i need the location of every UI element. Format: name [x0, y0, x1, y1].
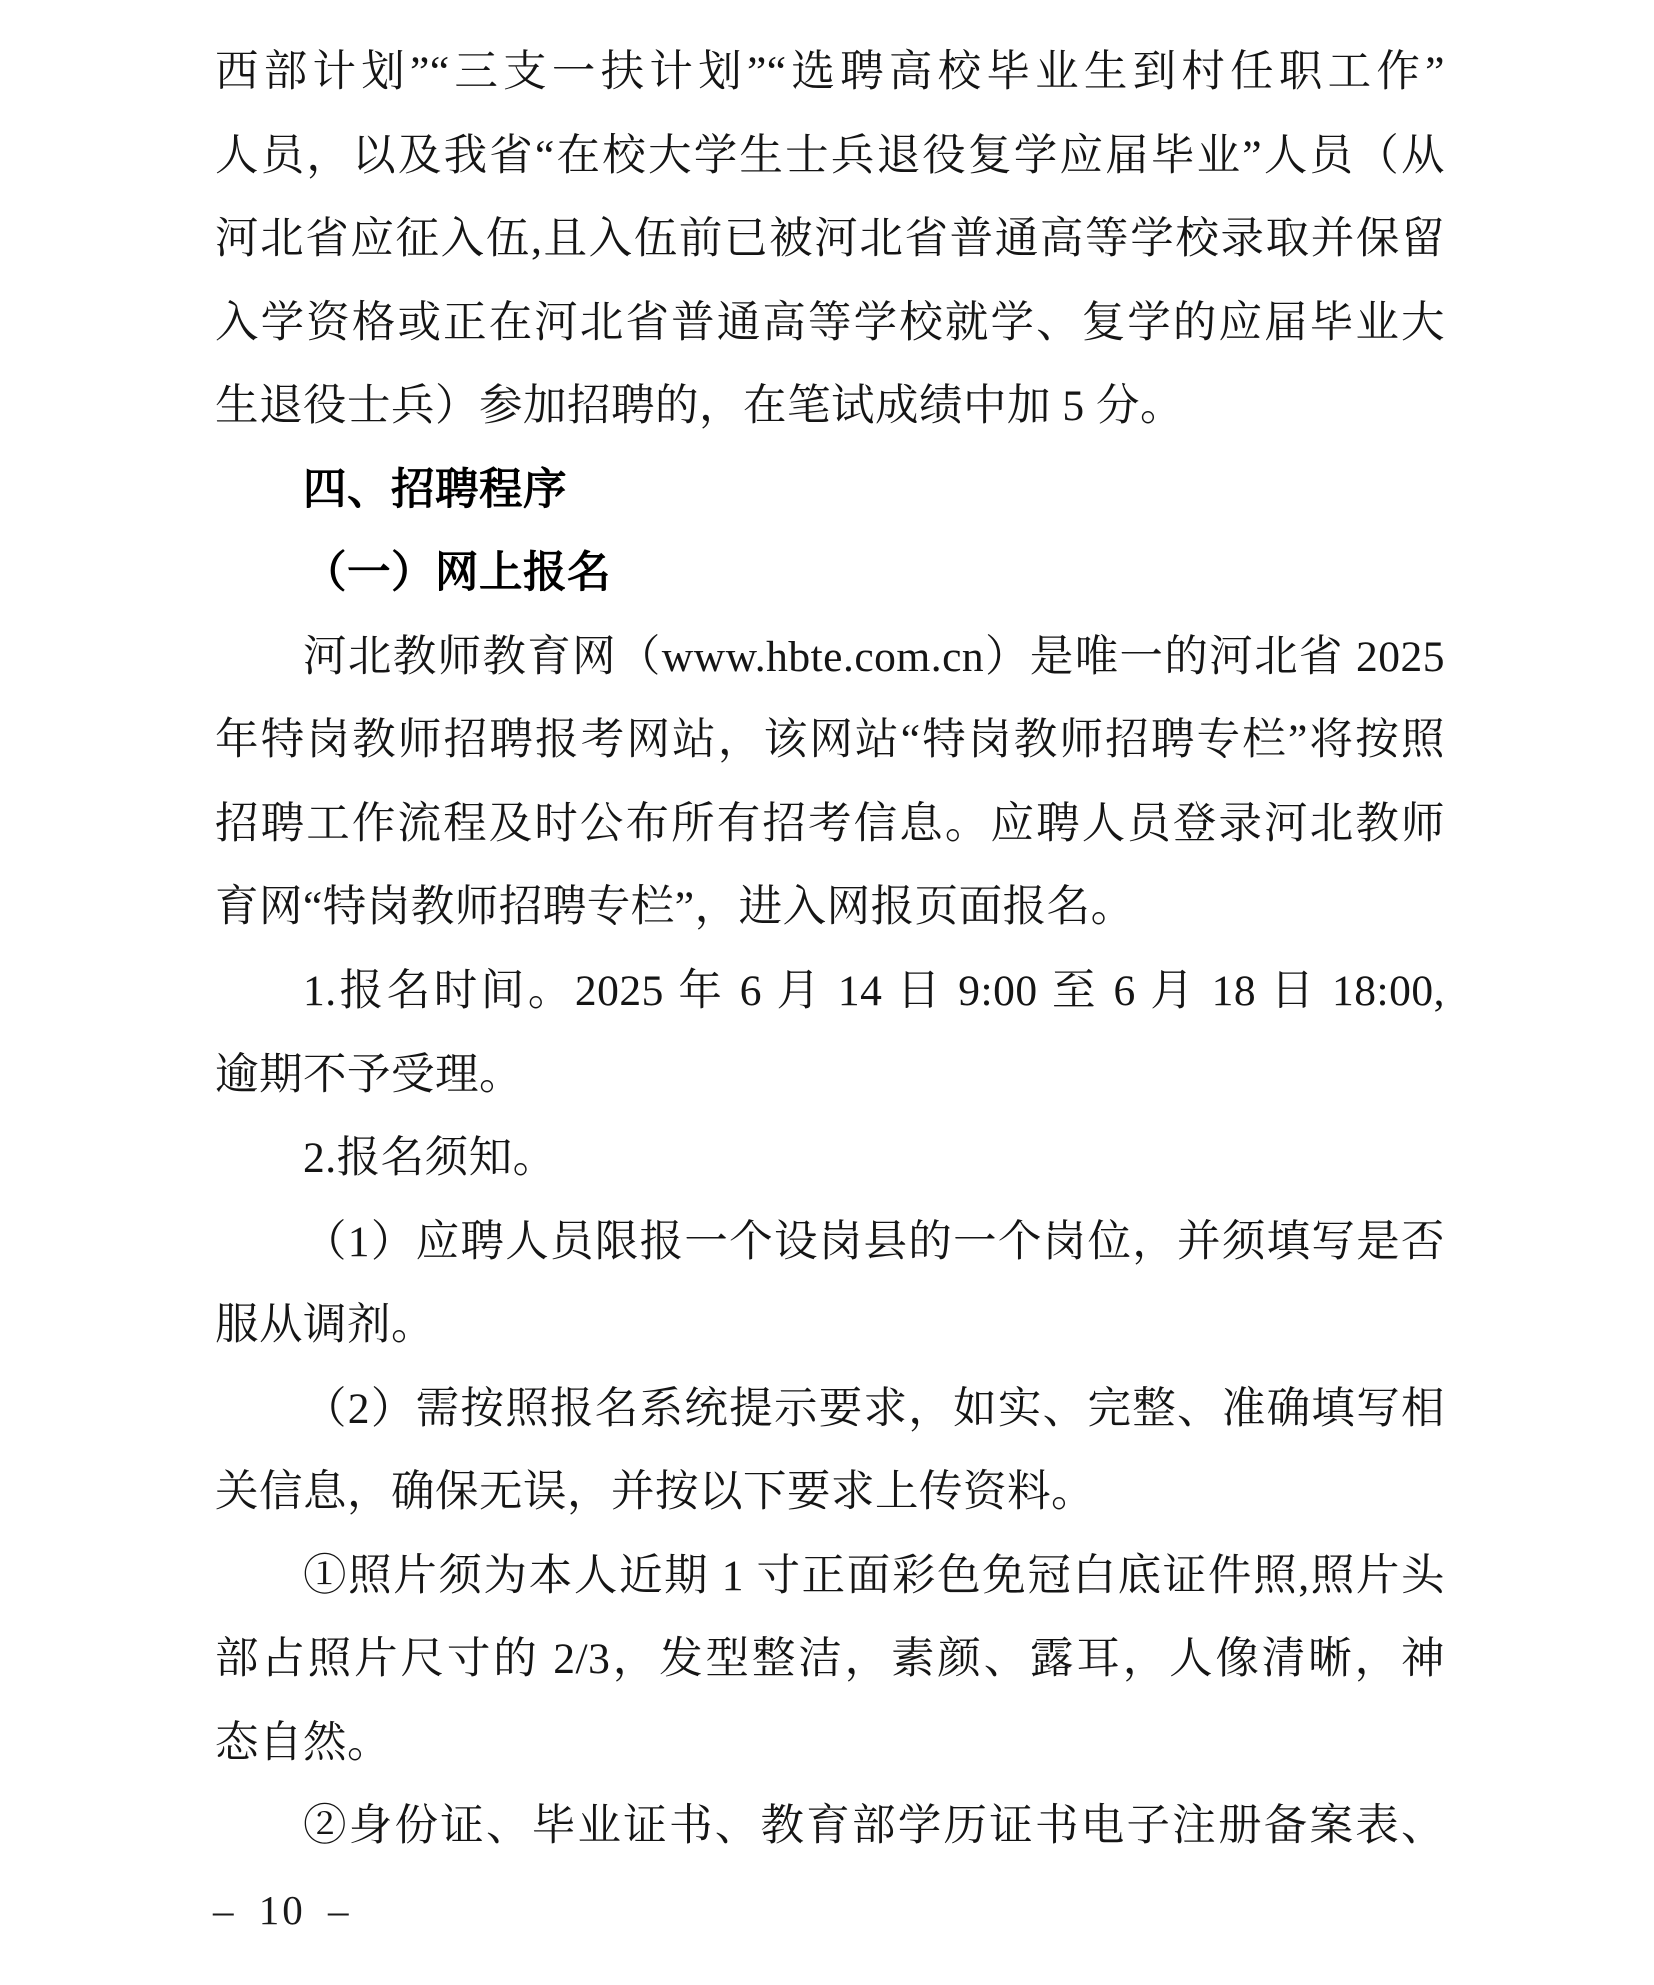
text-line: ②身份证、毕业证书、教育部学历证书电子注册备案表、普 [215, 1785, 1445, 1869]
document-body: 西部计划”“三支一扶计划”“选聘高校毕业生到村任职工作”人员，以及我省“在校大学… [215, 31, 1445, 1869]
section-heading: 四、招聘程序 [215, 449, 1445, 533]
text-line: 2.报名须知。 [215, 1117, 1445, 1201]
page-number: – 10 – [213, 1888, 352, 1933]
text-line: 河北教师教育网（www.hbte.com.cn）是唯一的河北省 2025 [215, 616, 1445, 700]
text-line: 入学资格或正在河北省普通高等学校就学、复学的应届毕业大学 [215, 282, 1445, 366]
text-line: 服从调剂。 [215, 1284, 1445, 1368]
text-line: 河北省应征入伍,且入伍前已被河北省普通高等学校录取并保留 [215, 198, 1445, 282]
text-line: 生退役士兵）参加招聘的，在笔试成绩中加 5 分。 [215, 365, 1445, 449]
text-line: 招聘工作流程及时公布所有招考信息。应聘人员登录河北教师教 [215, 783, 1445, 867]
text-line: 1.报名时间。2025 年 6 月 14 日 9:00 至 6 月 18 日 1… [215, 950, 1445, 1034]
text-line: 西部计划”“三支一扶计划”“选聘高校毕业生到村任职工作” [215, 31, 1445, 115]
document-page: 西部计划”“三支一扶计划”“选聘高校毕业生到村任职工作”人员，以及我省“在校大学… [0, 0, 1654, 1985]
text-line: （1）应聘人员限报一个设岗县的一个岗位，并须填写是否 [215, 1201, 1445, 1285]
text-line: 部占照片尺寸的 2/3，发型整洁，素颜、露耳，人像清晰，神 [215, 1618, 1445, 1702]
text-line: 关信息，确保无误，并按以下要求上传资料。 [215, 1451, 1445, 1535]
text-line: ①照片须为本人近期 1 寸正面彩色免冠白底证件照,照片头 [215, 1535, 1445, 1619]
text-line: 年特岗教师招聘报考网站，该网站“特岗教师招聘专栏”将按照 [215, 699, 1445, 783]
text-line: 育网“特岗教师招聘专栏”，进入网报页面报名。 [215, 866, 1445, 950]
subsection-heading: （一）网上报名 [215, 532, 1445, 616]
text-line: 态自然。 [215, 1702, 1445, 1786]
text-line: （2）需按照报名系统提示要求，如实、完整、准确填写相 [215, 1368, 1445, 1452]
text-line: 人员，以及我省“在校大学生士兵退役复学应届毕业”人员（从 [215, 115, 1445, 199]
text-line: 逾期不予受理。 [215, 1034, 1445, 1118]
